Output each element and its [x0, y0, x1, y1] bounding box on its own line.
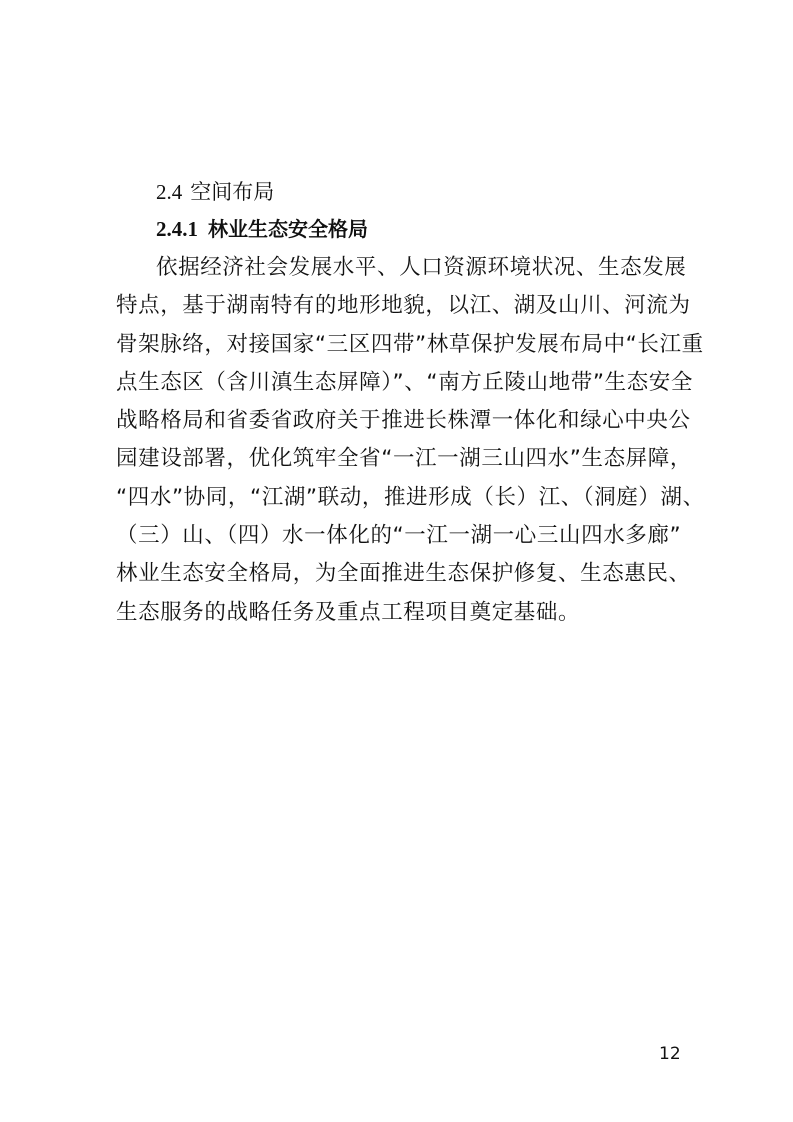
- paragraph-line: “四水”协同，“江湖”联动，推进形成（长）江、（洞庭）湖、: [116, 483, 686, 521]
- paragraph-line: 生态服务的战略任务及重点工程项目奠定基础。: [116, 598, 686, 636]
- paragraph-line: 特点，基于湖南特有的地形地貌，以江、湖及山川、河流为: [116, 291, 686, 329]
- subsection-number: 2.4.1: [156, 217, 198, 241]
- paragraph-line: 林业生态安全格局，为全面推进生态保护修复、生态惠民、: [116, 559, 686, 597]
- body-paragraph: 依据经济社会发展水平、人口资源环境状况、生态发展 特点，基于湖南特有的地形地貌，…: [116, 253, 686, 636]
- paragraph-line: （三）山、（四）水一体化的“一江一湖一心三山四水多廊”: [116, 521, 686, 559]
- paragraph-line: 依据经济社会发展水平、人口资源环境状况、生态发展: [116, 253, 686, 291]
- document-page: 2.4空间布局 2.4.1林业生态安全格局 依据经济社会发展水平、人口资源环境状…: [0, 0, 793, 1122]
- section-title: 空间布局: [190, 180, 274, 204]
- subsection-heading: 2.4.1林业生态安全格局: [156, 214, 368, 244]
- section-number: 2.4: [156, 180, 182, 204]
- paragraph-line: 骨架脉络，对接国家“三区四带”林草保护发展布局中“长江重: [116, 330, 686, 368]
- section-heading: 2.4空间布局: [156, 177, 274, 207]
- paragraph-line: 点生态区（含川滇生态屏障）”、“南方丘陵山地带”生态安全: [116, 368, 686, 406]
- page-number: 12: [659, 1043, 681, 1065]
- paragraph-line: 战略格局和省委省政府关于推进长株潭一体化和绿心中央公: [116, 406, 686, 444]
- paragraph-line: 园建设部署，优化筑牢全省“一江一湖三山四水”生态屏障，: [116, 444, 686, 482]
- subsection-title: 林业生态安全格局: [208, 217, 368, 241]
